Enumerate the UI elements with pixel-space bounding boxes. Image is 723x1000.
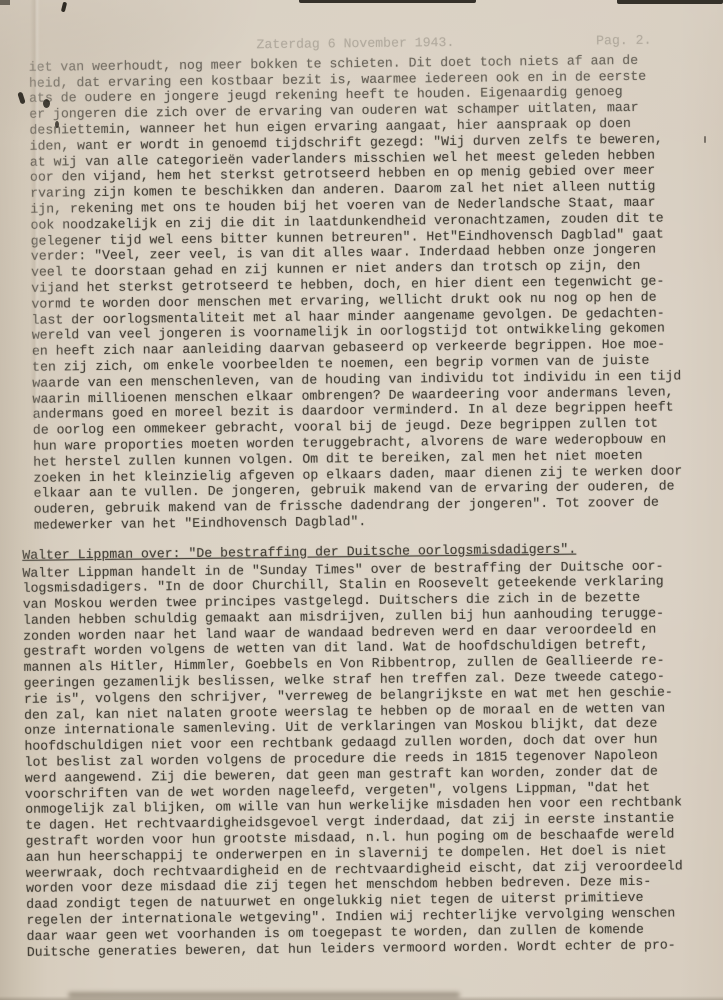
article-2-body: Walter Lippman handelt in de "Sunday Tim…: [6, 557, 723, 960]
header-date: Zaterdag 6 November 1943.: [256, 35, 454, 53]
scanner-edge-mark: [617, 0, 723, 4]
page-header: Zaterdag 6 November 1943. Pag. 2.: [0, 0, 723, 60]
header-page-number: Pag. 2.: [596, 33, 652, 49]
ink-speck: [704, 136, 706, 143]
ink-speck: [43, 99, 50, 108]
bottom-edge-shadow: [0, 996, 723, 1000]
scanned-page: Zaterdag 6 November 1943. Pag. 2. iet va…: [0, 0, 723, 1000]
article-1-body: iet van weerhoudt, nog meer bokken te sc…: [1, 52, 723, 534]
scanner-edge-mark: [0, 0, 10, 5]
typewritten-content: Zaterdag 6 November 1943. Pag. 2. iet va…: [0, 0, 723, 960]
scanner-edge-mark: [299, 0, 476, 3]
ink-speck: [55, 121, 59, 128]
